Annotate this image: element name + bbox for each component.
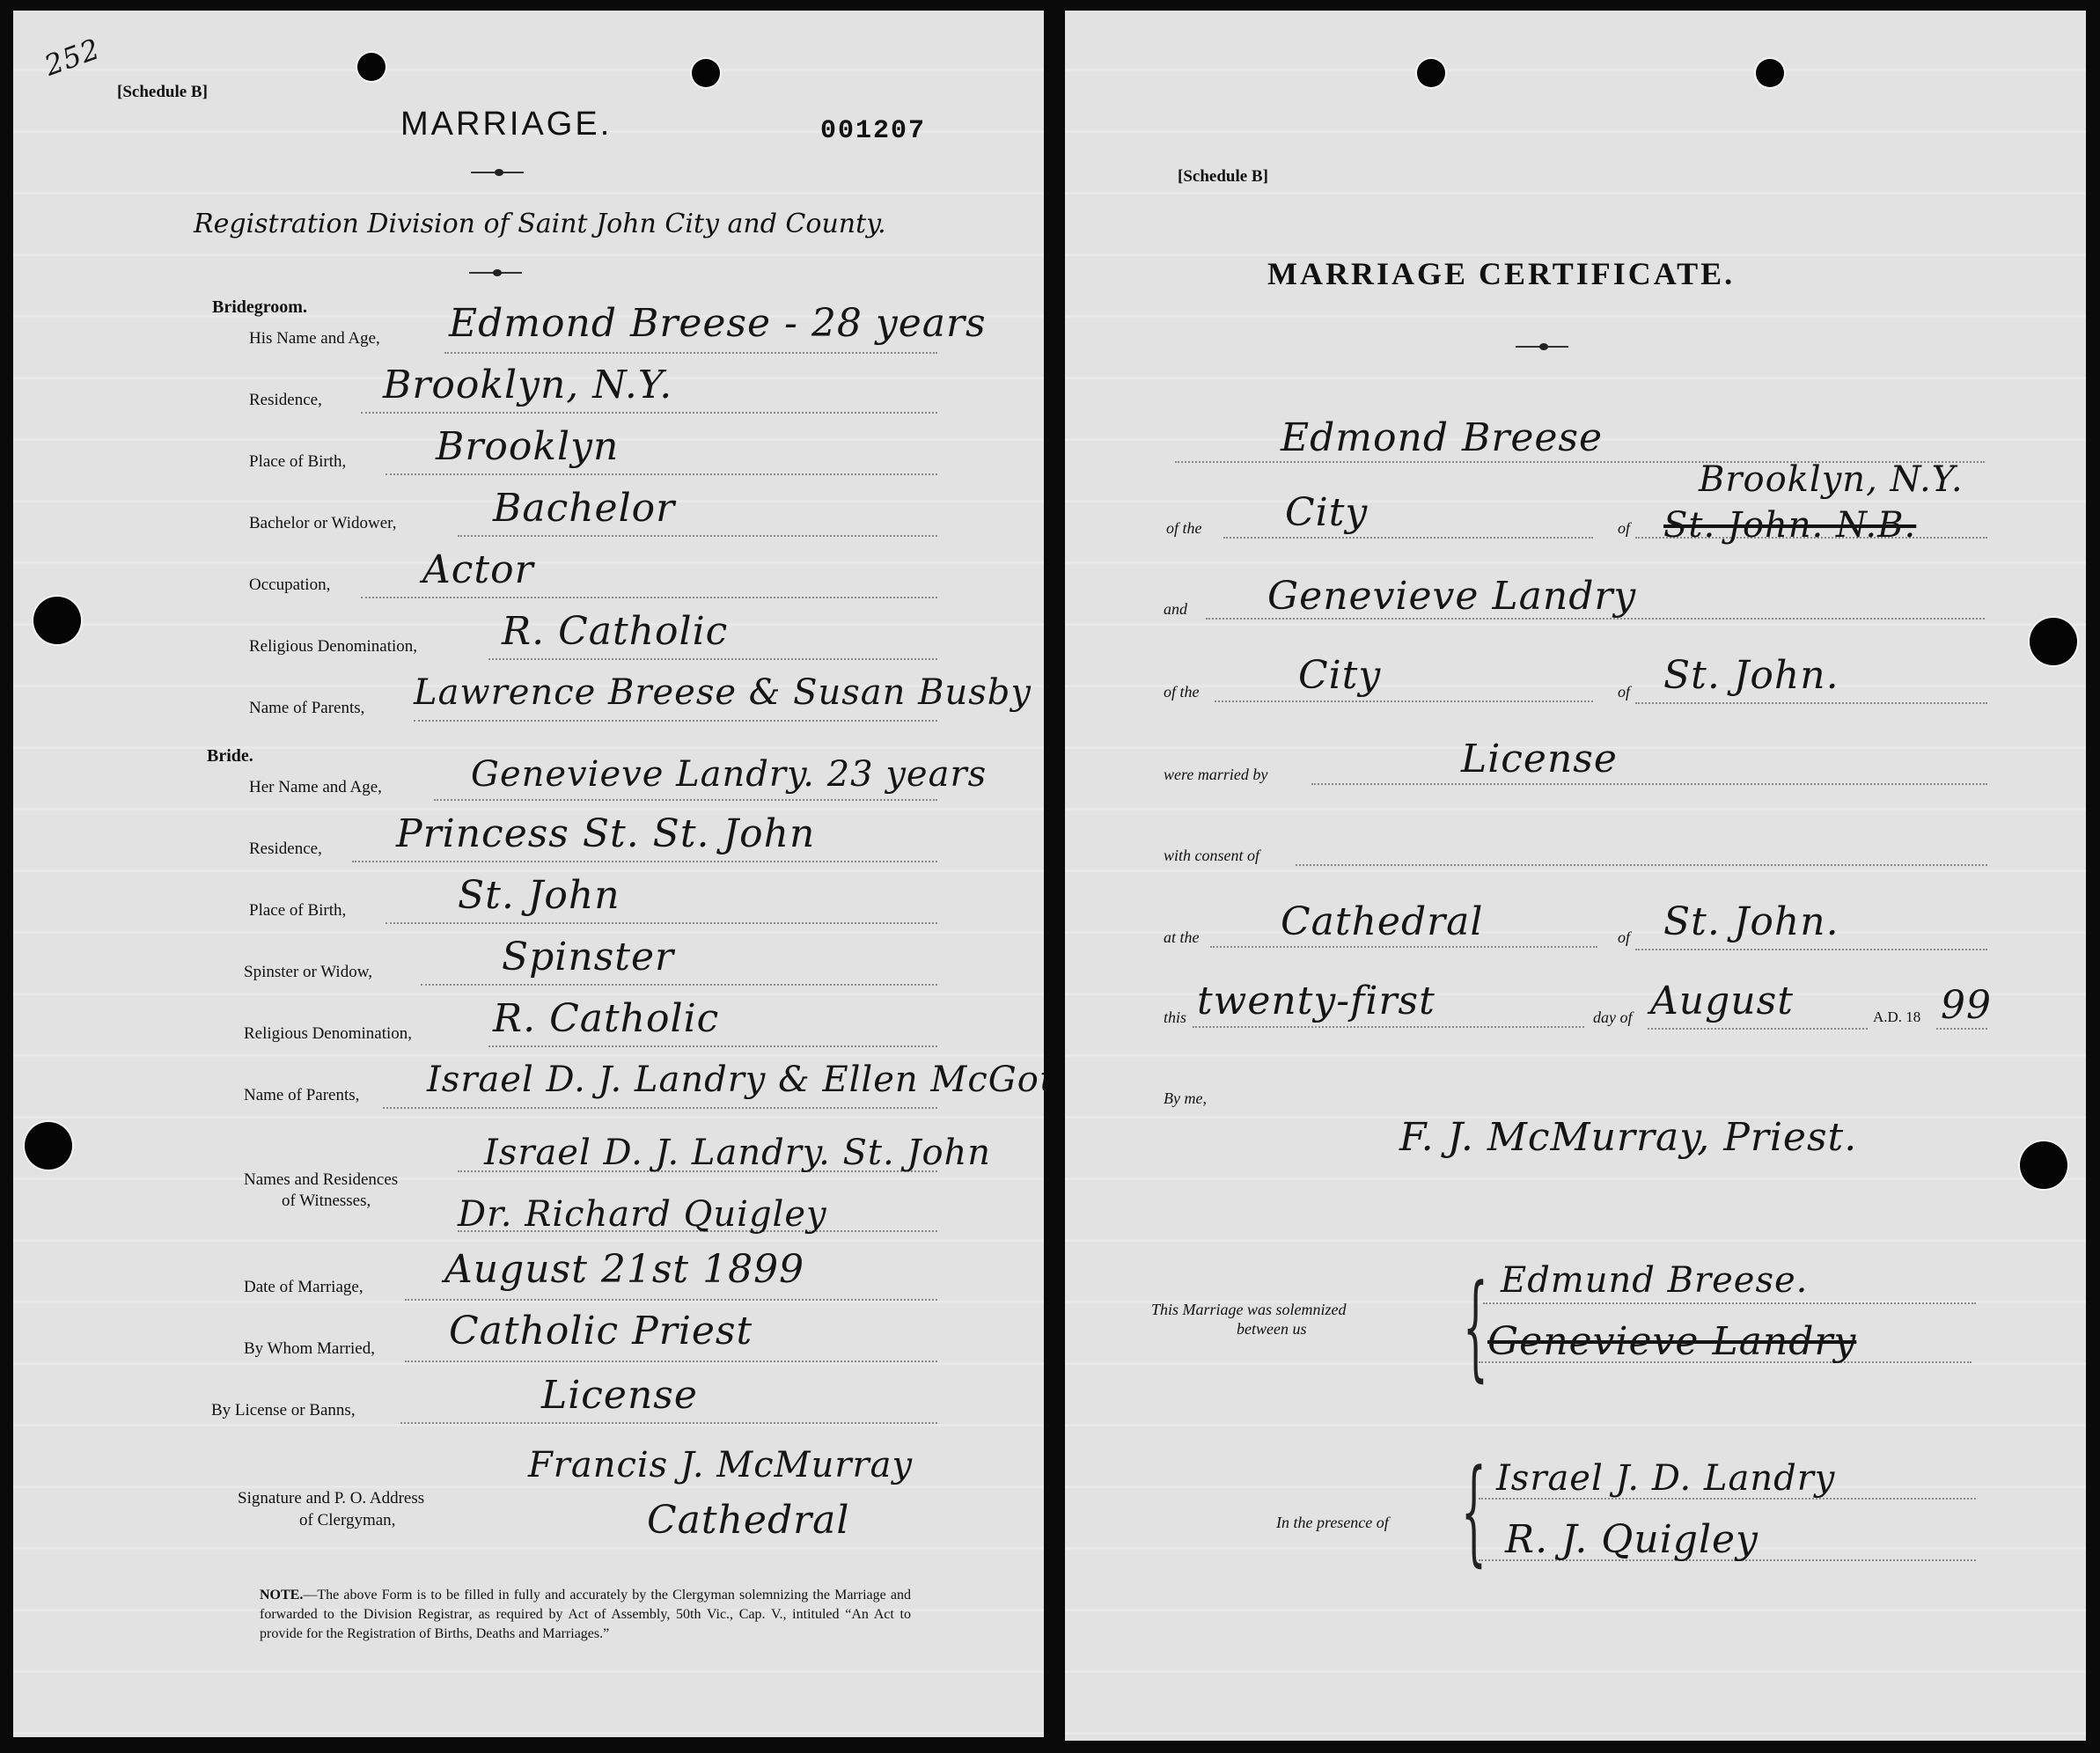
fill-line bbox=[1193, 1026, 1584, 1028]
brace: { bbox=[1463, 1269, 1488, 1383]
field-label: Her Name and Age, bbox=[249, 778, 382, 797]
section-bridegroom: Bridegroom. bbox=[212, 297, 307, 318]
certificate-church: Cathedral bbox=[1281, 899, 1483, 944]
fill-line bbox=[405, 1299, 937, 1301]
certificate-title: MARRIAGE CERTIFICATE. bbox=[1267, 255, 1735, 292]
fill-line bbox=[1936, 1028, 1987, 1030]
witness-signature-2: R. J. Quigley bbox=[1505, 1517, 1759, 1562]
by-me-label: By me, bbox=[1164, 1089, 1207, 1108]
certificate-month: August bbox=[1650, 979, 1794, 1023]
fill-line bbox=[361, 412, 937, 414]
day-of-label: day of bbox=[1593, 1009, 1633, 1027]
fill-line bbox=[458, 535, 937, 537]
fill-line bbox=[1483, 1302, 1976, 1304]
witnesses-label-2: of Witnesses, bbox=[282, 1192, 371, 1211]
date-of-marriage: August 21st 1899 bbox=[444, 1247, 804, 1292]
groom-name-age: Edmond Breese - 28 years bbox=[449, 301, 987, 346]
fill-line bbox=[361, 597, 937, 598]
fill-line bbox=[385, 473, 937, 475]
fill-line bbox=[488, 1045, 937, 1047]
certificate-year: 99 bbox=[1941, 983, 1992, 1028]
brace: { bbox=[1461, 1454, 1487, 1568]
clergyman-signature: Francis J. McMurray bbox=[528, 1445, 913, 1485]
field-label: Bachelor or Widower, bbox=[249, 514, 396, 533]
fill-line bbox=[434, 799, 937, 801]
of-label: of bbox=[1618, 519, 1630, 538]
witnesses-label-1: Names and Residences bbox=[244, 1170, 398, 1190]
bride-residence: Princess St. St. John bbox=[396, 811, 815, 856]
field-label: Religious Denomination, bbox=[244, 1024, 412, 1044]
witness-signature-1: Israel J. D. Landry bbox=[1496, 1458, 1835, 1499]
groom-birthplace: Brooklyn bbox=[436, 424, 619, 469]
fill-line bbox=[400, 1422, 937, 1424]
fill-line bbox=[1210, 946, 1597, 948]
form-note: NOTE.—The above Form is to be filled in … bbox=[260, 1586, 911, 1644]
witness-1: Israel D. J. Landry. St. John bbox=[484, 1133, 991, 1173]
bride-marital-status: Spinster bbox=[502, 935, 674, 979]
of-the-label: of the bbox=[1166, 519, 1202, 538]
presence-label: In the presence of bbox=[1276, 1514, 1389, 1532]
certificate-day: twenty-first bbox=[1197, 979, 1435, 1023]
certificate-groom-locality-type: City bbox=[1285, 490, 1368, 535]
fill-line bbox=[1635, 949, 1987, 950]
ornament-divider bbox=[469, 272, 522, 274]
solemnized-label-2: between us bbox=[1237, 1320, 1306, 1339]
field-label: Date of Marriage, bbox=[244, 1278, 363, 1297]
fill-line bbox=[352, 861, 937, 862]
witness-2: Dr. Richard Quigley bbox=[458, 1194, 827, 1235]
punch-hole bbox=[1417, 59, 1445, 87]
form-title: MARRIAGE. bbox=[400, 106, 612, 143]
corner-note: 252 bbox=[40, 32, 104, 83]
field-label: Religious Denomination, bbox=[249, 637, 417, 656]
field-label: Residence, bbox=[249, 391, 322, 410]
groom-parents: Lawrence Breese & Susan Busby bbox=[414, 672, 1032, 713]
groom-marital-status: Bachelor bbox=[493, 486, 675, 531]
of-the-label: of the bbox=[1164, 683, 1200, 701]
punch-hole bbox=[2030, 618, 2077, 665]
certificate-groom-locality: Brooklyn, N.Y. bbox=[1699, 459, 1964, 500]
bride-birthplace: St. John bbox=[458, 873, 620, 918]
certificate-groom-locality-struck: St. John. N.B. bbox=[1663, 505, 1916, 546]
ornament-divider bbox=[471, 172, 524, 173]
fill-line bbox=[1648, 1028, 1868, 1030]
at-the-label: at the bbox=[1164, 928, 1200, 947]
ad-label: A.D. 18 bbox=[1873, 1009, 1920, 1026]
clergyman-label-1: Signature and P. O. Address bbox=[238, 1489, 424, 1508]
field-label: Name of Parents, bbox=[244, 1086, 359, 1105]
fill-line bbox=[421, 984, 937, 986]
punch-hole bbox=[25, 1122, 72, 1170]
fill-line bbox=[385, 922, 937, 924]
certificate-married-by: License bbox=[1461, 737, 1618, 781]
fill-line bbox=[405, 1361, 937, 1362]
of-label: of bbox=[1618, 683, 1630, 701]
fill-line bbox=[383, 1107, 937, 1109]
note-text: —The above Form is to be filled in fully… bbox=[260, 1588, 911, 1641]
fill-line bbox=[488, 658, 937, 660]
by-whom-married: Catholic Priest bbox=[449, 1309, 753, 1353]
punch-hole bbox=[1756, 59, 1784, 87]
fill-line bbox=[1635, 702, 1987, 704]
serial-number: 001207 bbox=[820, 116, 926, 146]
fill-line bbox=[1296, 864, 1987, 866]
and-label: and bbox=[1164, 600, 1187, 619]
fill-line bbox=[1311, 783, 1987, 785]
clergyman-label-2: of Clergyman, bbox=[299, 1511, 395, 1530]
registration-division: Registration Division of Saint John City… bbox=[194, 209, 886, 239]
bride-signature: Genevieve Landry bbox=[1487, 1319, 1856, 1364]
field-label: Name of Parents, bbox=[249, 699, 364, 718]
field-label: Place of Birth, bbox=[249, 452, 346, 472]
certificate-officiant: F. J. McMurray, Priest. bbox=[1399, 1115, 1857, 1160]
fill-line bbox=[1223, 537, 1593, 539]
bride-name-age: Genevieve Landry. 23 years bbox=[471, 754, 987, 795]
field-label: His Name and Age, bbox=[249, 329, 380, 348]
field-label: Residence, bbox=[249, 840, 322, 859]
groom-signature: Edmund Breese. bbox=[1501, 1260, 1808, 1301]
punch-hole bbox=[357, 53, 385, 81]
field-label: By Whom Married, bbox=[244, 1339, 375, 1359]
groom-occupation: Actor bbox=[422, 547, 534, 592]
this-label: this bbox=[1164, 1009, 1186, 1027]
section-bride: Bride. bbox=[207, 746, 253, 766]
marriage-registration-form: 252 [Schedule B] MARRIAGE. 001207 Regist… bbox=[13, 11, 1044, 1737]
groom-residence: Brooklyn, N.Y. bbox=[383, 363, 672, 407]
fill-line bbox=[444, 352, 937, 354]
fill-line bbox=[1215, 700, 1593, 702]
bride-religion: R. Catholic bbox=[493, 996, 719, 1041]
consent-label: with consent of bbox=[1164, 847, 1259, 865]
note-label: NOTE. bbox=[260, 1588, 303, 1603]
married-by-label: were married by bbox=[1164, 766, 1267, 784]
marriage-certificate: [Schedule B] MARRIAGE CERTIFICATE. Edmon… bbox=[1065, 11, 2086, 1741]
field-label: Place of Birth, bbox=[249, 901, 346, 921]
punch-hole bbox=[2020, 1141, 2067, 1189]
punch-hole bbox=[33, 597, 81, 644]
certificate-groom-name: Edmond Breese bbox=[1281, 415, 1603, 460]
certificate-bride-locality: St. John. bbox=[1663, 653, 1839, 698]
bride-parents: Israel D. J. Landry & Ellen McGourty bbox=[427, 1060, 1044, 1100]
fill-line bbox=[414, 720, 937, 722]
of-label: of bbox=[1618, 928, 1630, 947]
field-label: By License or Banns, bbox=[211, 1401, 356, 1420]
schedule-label: [Schedule B] bbox=[117, 83, 208, 102]
field-label: Occupation, bbox=[249, 576, 330, 595]
clergyman-address: Cathedral bbox=[647, 1498, 849, 1543]
ornament-divider bbox=[1516, 346, 1568, 348]
groom-religion: R. Catholic bbox=[502, 609, 728, 654]
certificate-bride-locality-type: City bbox=[1298, 653, 1381, 698]
field-label: Spinster or Widow, bbox=[244, 963, 372, 982]
certificate-church-place: St. John. bbox=[1663, 899, 1839, 944]
schedule-label: [Schedule B] bbox=[1178, 167, 1268, 187]
solemnized-label-1: This Marriage was solemnized bbox=[1151, 1301, 1347, 1319]
punch-hole bbox=[692, 59, 720, 87]
certificate-bride-name: Genevieve Landry bbox=[1267, 574, 1636, 619]
license-or-banns: License bbox=[541, 1373, 698, 1418]
